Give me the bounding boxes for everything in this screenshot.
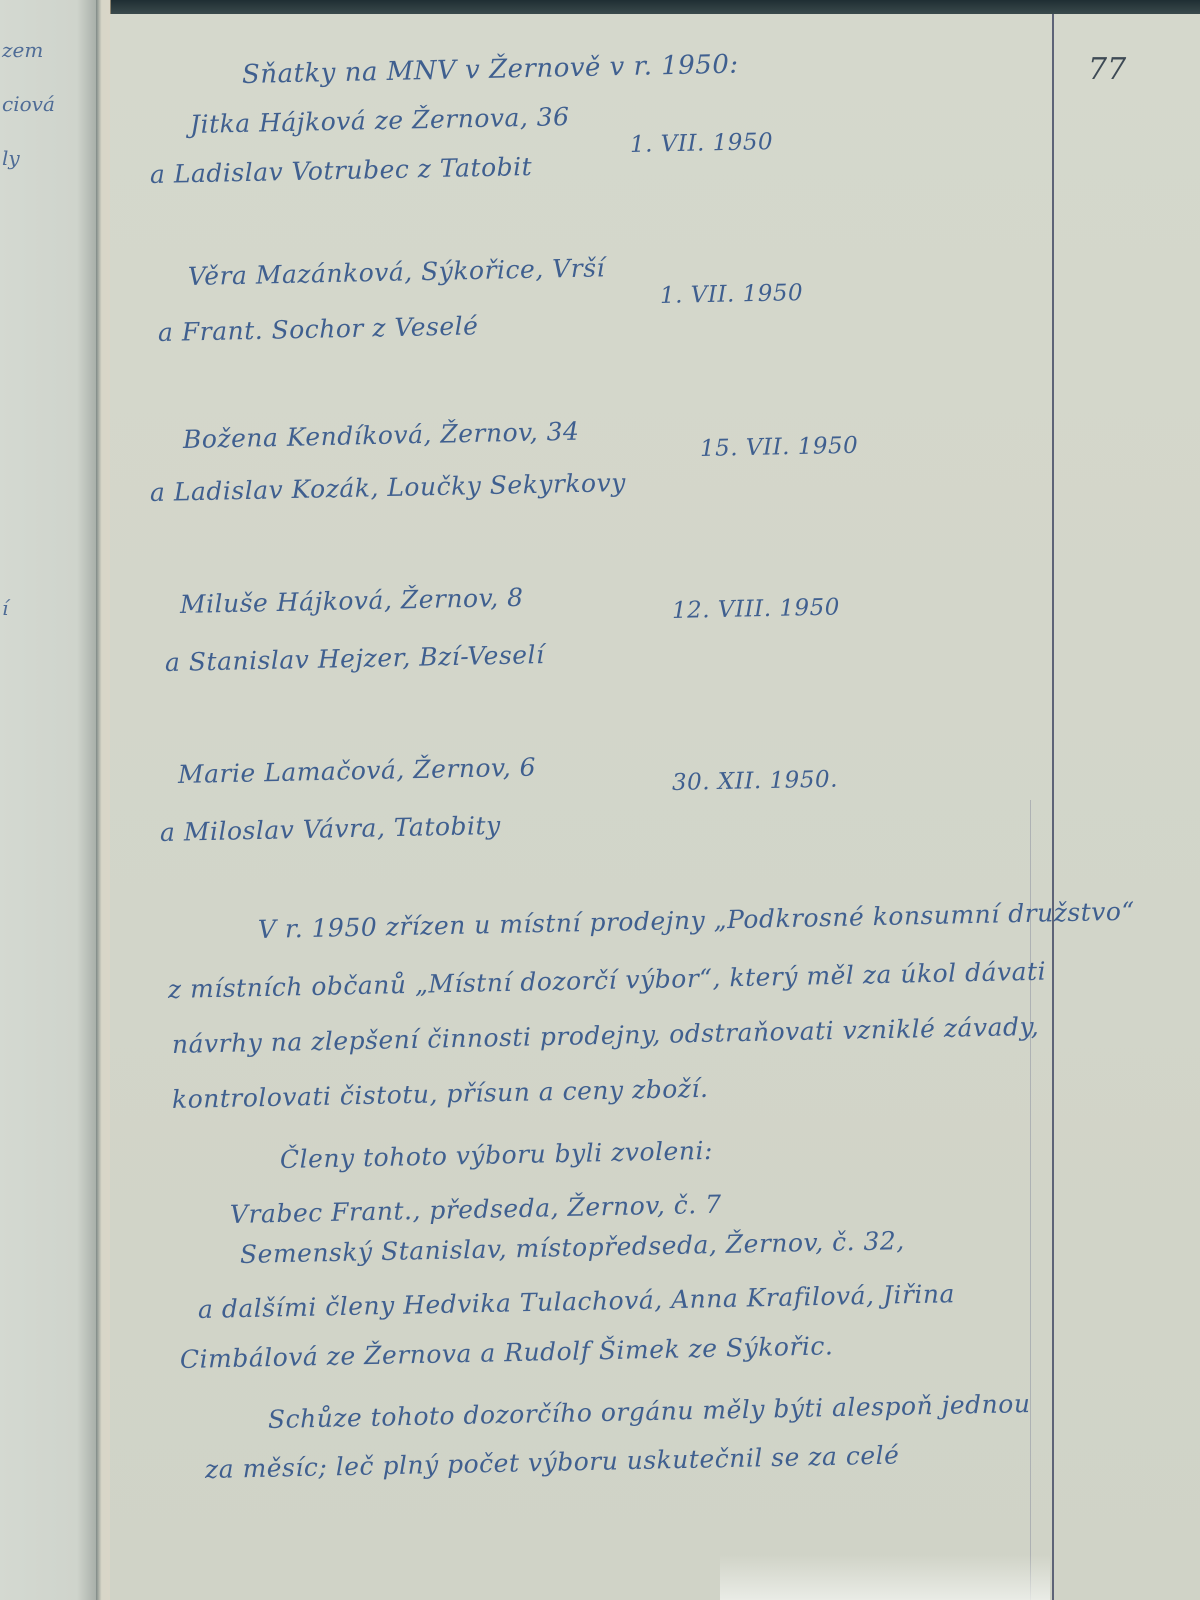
- book-top-shadow: [100, 0, 1200, 14]
- left-page-fragment: zem: [2, 38, 43, 62]
- left-page-edge: zem ciová ly í: [0, 0, 96, 1600]
- left-page-fragment: ly: [2, 146, 20, 170]
- photo-glare: [720, 1555, 1050, 1600]
- book-gutter: [96, 0, 111, 1600]
- marriage-date: 1. VII. 1950: [630, 129, 774, 158]
- margin-rule-line: [1052, 14, 1054, 1600]
- marriage-date: 12. VIII. 1950: [672, 594, 840, 624]
- marriage-date: 15. VII. 1950: [700, 433, 859, 462]
- left-page-fragment: í: [2, 596, 8, 620]
- marriage-date: 30. XII. 1950.: [672, 767, 838, 796]
- page-number: 77: [1088, 52, 1126, 87]
- marriage-date: 1. VII. 1950: [660, 280, 804, 309]
- left-page-fragment: ciová: [2, 92, 55, 116]
